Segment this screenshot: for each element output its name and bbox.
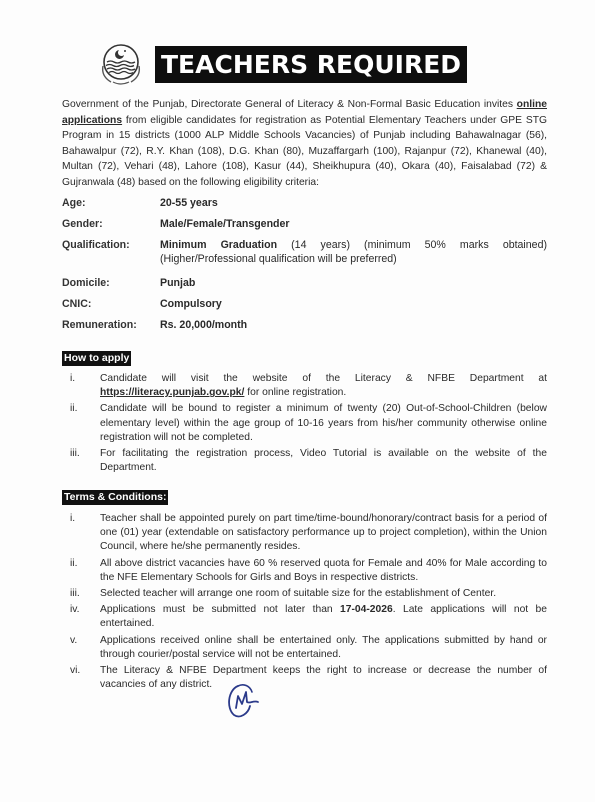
qualification-emphasis: Minimum Graduation xyxy=(160,239,277,251)
criteria-label: CNIC: xyxy=(62,297,160,311)
list-item: ii. All above district vacancies have 60… xyxy=(62,557,547,585)
item-text: For facilitating the registration proces… xyxy=(100,447,547,475)
item-text-part: Applications must be submitted not later… xyxy=(100,604,340,615)
criteria-value: Minimum Graduation (14 years) (minimum 5… xyxy=(160,238,547,266)
criteria-row-age: Age: 20-55 years xyxy=(62,196,547,210)
criteria-label: Age: xyxy=(62,196,160,210)
deadline-date: 17-04-2026 xyxy=(340,604,393,615)
terms-heading: Terms & Conditions: xyxy=(62,490,168,505)
page-title: TEACHERS REQUIRED xyxy=(155,46,467,83)
criteria-label: Qualification: xyxy=(62,238,160,266)
list-item: i. Teacher shall be appointed purely on … xyxy=(62,512,547,555)
criteria-row-gender: Gender: Male/Female/Transgender xyxy=(62,217,547,231)
item-text: Teacher shall be appointed purely on par… xyxy=(100,512,547,555)
intro-paragraph: Government of the Punjab, Directorate Ge… xyxy=(62,97,547,191)
item-number: v. xyxy=(62,634,100,662)
eligibility-criteria: Age: 20-55 years Gender: Male/Female/Tra… xyxy=(62,196,547,339)
criteria-value: Punjab xyxy=(160,276,547,290)
criteria-row-qualification: Qualification: Minimum Graduation (14 ye… xyxy=(62,238,547,266)
item-text: All above district vacancies have 60 % r… xyxy=(100,557,547,585)
item-text: The Literacy & NFBE Department keeps the… xyxy=(100,664,547,692)
website-link[interactable]: https://literacy.punjab.gov.pk/ xyxy=(100,387,244,398)
item-text: Candidate will be bound to register a mi… xyxy=(100,402,547,445)
intro-text: Government of the Punjab, Directorate Ge… xyxy=(62,99,517,110)
terms-list: i. Teacher shall be appointed purely on … xyxy=(62,512,547,694)
item-number: i. xyxy=(62,372,100,400)
intro-text-continued: from eligible candidates for registratio… xyxy=(62,115,547,188)
item-number: ii. xyxy=(62,402,100,445)
item-number: iii. xyxy=(62,587,100,601)
how-to-apply-list: i. Candidate will visit the website of t… xyxy=(62,372,547,477)
criteria-row-cnic: CNIC: Compulsory xyxy=(62,297,547,311)
how-to-apply-heading: How to apply xyxy=(62,351,131,366)
signature-mark-icon xyxy=(224,678,274,720)
header: TEACHERS REQUIRED xyxy=(97,40,467,88)
item-text: Applications must be submitted not later… xyxy=(100,603,547,631)
criteria-row-domicile: Domicile: Punjab xyxy=(62,276,547,290)
item-number: vi. xyxy=(62,664,100,692)
item-text: Candidate will visit the website of the … xyxy=(100,372,547,400)
item-text-part: Candidate will visit the website of the … xyxy=(100,373,547,384)
item-number: iv. xyxy=(62,603,100,631)
punjab-government-emblem-icon xyxy=(97,40,145,88)
list-item: v. Applications received online shall be… xyxy=(62,634,547,662)
item-text: Applications received online shall be en… xyxy=(100,634,547,662)
list-item: i. Candidate will visit the website of t… xyxy=(62,372,547,400)
list-item: iv. Applications must be submitted not l… xyxy=(62,603,547,631)
list-item: ii. Candidate will be bound to register … xyxy=(62,402,547,445)
list-item: vi. The Literacy & NFBE Department keeps… xyxy=(62,664,547,692)
item-text: Selected teacher will arrange one room o… xyxy=(100,587,547,601)
criteria-row-remuneration: Remuneration: Rs. 20,000/month xyxy=(62,318,547,332)
criteria-value: Rs. 20,000/month xyxy=(160,318,547,332)
list-item: iii. Selected teacher will arrange one r… xyxy=(62,587,547,601)
criteria-label: Gender: xyxy=(62,217,160,231)
list-item: iii. For facilitating the registration p… xyxy=(62,447,547,475)
item-number: i. xyxy=(62,512,100,555)
criteria-value: Male/Female/Transgender xyxy=(160,217,547,231)
advertisement-page: TEACHERS REQUIRED Government of the Punj… xyxy=(0,0,595,802)
criteria-label: Domicile: xyxy=(62,276,160,290)
criteria-label: Remuneration: xyxy=(62,318,160,332)
item-number: iii. xyxy=(62,447,100,475)
criteria-value: Compulsory xyxy=(160,297,547,311)
criteria-value: 20-55 years xyxy=(160,196,547,210)
item-number: ii. xyxy=(62,557,100,585)
item-text-part: for online registration. xyxy=(244,387,346,398)
